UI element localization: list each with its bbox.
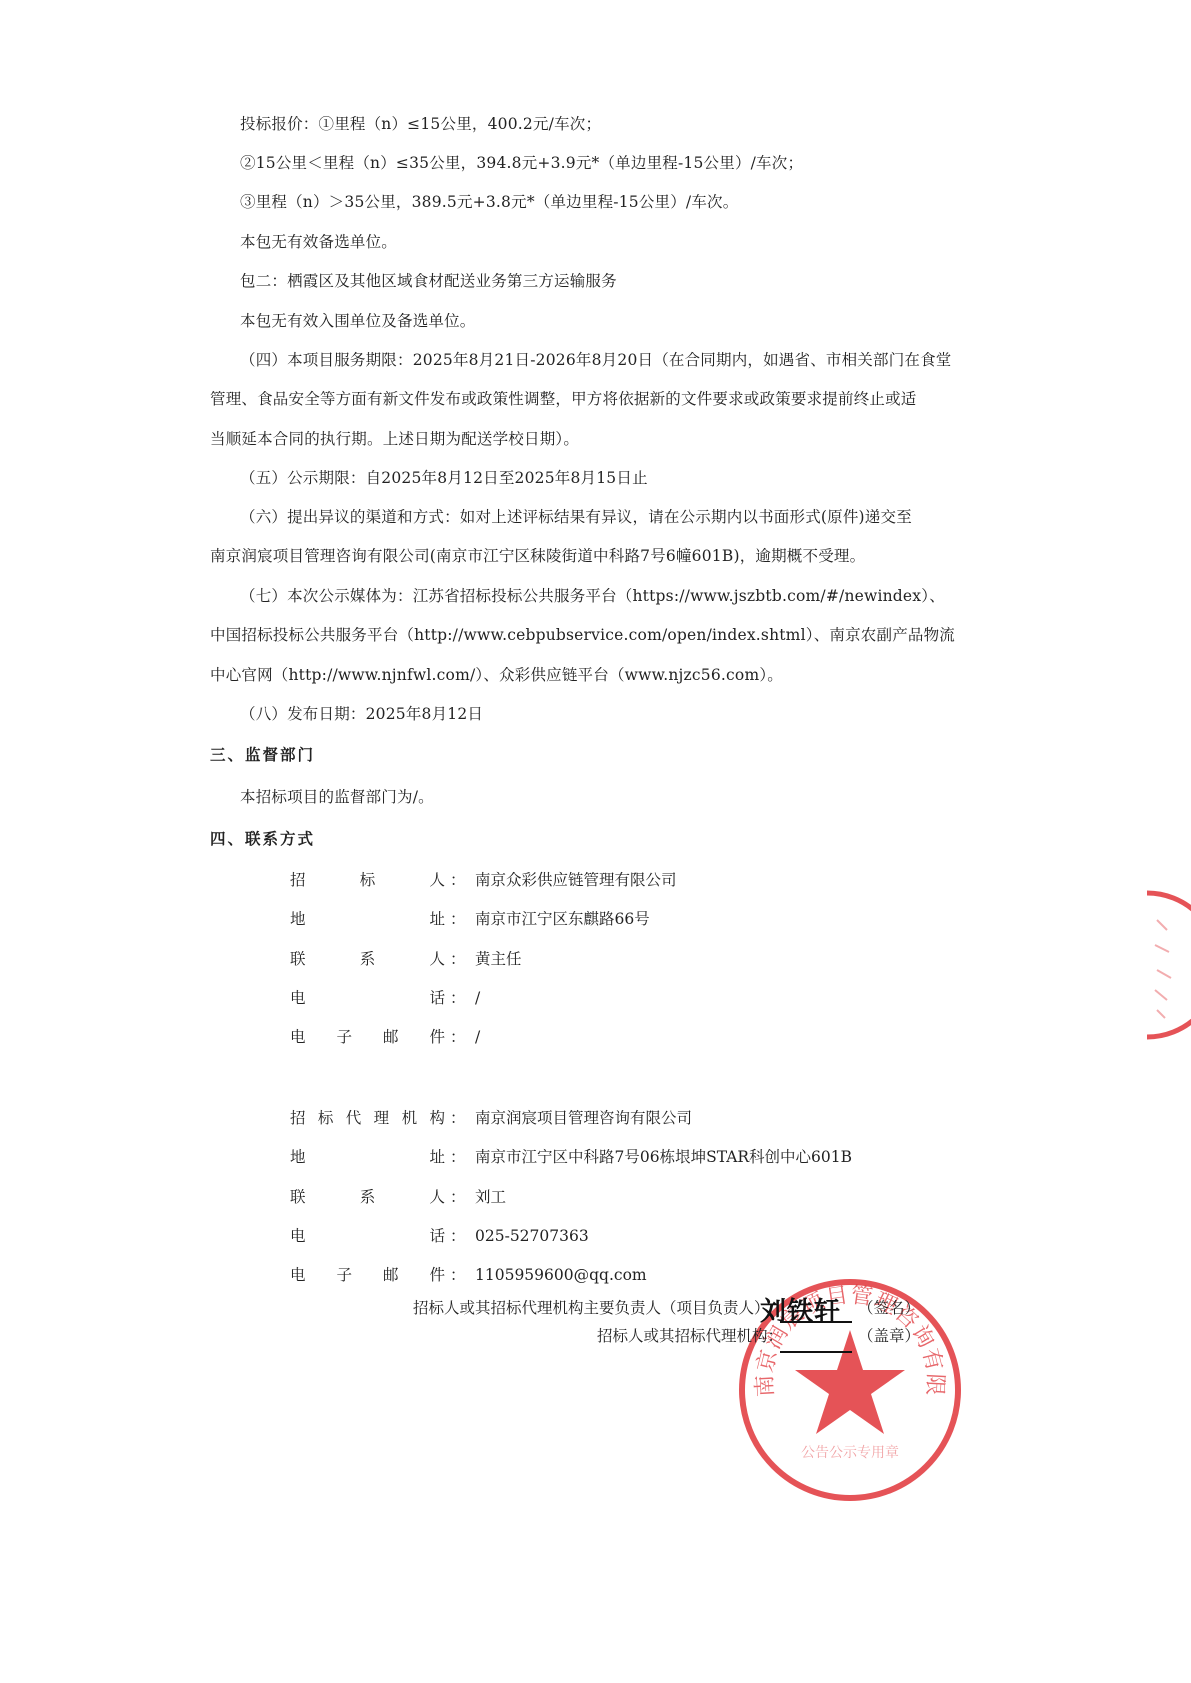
tenderer-email-row: 电 子 邮 件 ： /: [290, 1027, 990, 1047]
item6-line-1: （六）提出异议的渠道和方式：如对上述评标结果有异议，请在公示期内以书面形式(原件…: [240, 507, 912, 527]
item7-line-2: 中国招标投标公共服务平台（http://www.cebpubservice.co…: [210, 625, 955, 645]
agency-phone-row: 电 话 ： 025-52707363: [290, 1226, 990, 1246]
bid-quote-line-1: 投标报价：①里程（n）≤15公里，400.2元/车次；: [240, 114, 601, 134]
tenderer-phone: /: [475, 988, 480, 1008]
agency-address: 南京市江宁区中科路7号06栋垠坤STAR科创中心601B: [475, 1147, 852, 1167]
section3-heading: 三、监督部门: [210, 745, 315, 765]
section4-heading: 四、联系方式: [210, 829, 315, 849]
item4-line-3: 当顺延本合同的执行期。上述日期为配送学校日期）。: [210, 429, 579, 449]
tenderer-address: 南京市江宁区东麒路66号: [475, 909, 650, 929]
tenderer-name: 南京众彩供应链管理有限公司: [475, 870, 677, 890]
svg-text:公告公示专用章: 公告公示专用章: [801, 1444, 899, 1461]
tenderer-name-row: 招 标 人 ： 南京众彩供应链管理有限公司: [290, 870, 990, 890]
agency-contact-row: 联 系 人 ： 刘工: [290, 1187, 990, 1207]
agency-email: 1105959600@qq.com: [475, 1265, 647, 1285]
item4-line-2: 管理、食品安全等方面有新文件发布或政策性调整，甲方将依据新的文件要求或政策要求提…: [210, 389, 917, 409]
item4-line-1: （四）本项目服务期限：2025年8月21日-2026年8月20日（在合同期内，如…: [240, 350, 952, 370]
tenderer-phone-row: 电 话 ： /: [290, 988, 990, 1008]
agency-seal-label: 招标人或其招标代理机构：: [597, 1326, 783, 1346]
seal-suffix: （盖章）: [858, 1326, 920, 1346]
bid-quote-line-2: ②15公里＜里程（n）≤35公里，394.8元+3.9元*（单边里程-15公里）…: [240, 153, 803, 173]
document-page: 投标报价：①里程（n）≤15公里，400.2元/车次； ②15公里＜里程（n）≤…: [0, 0, 1191, 1683]
bid-quote-line-3: ③里程（n）＞35公里，389.5元+3.8元*（单边里程-15公里）/车次。: [240, 192, 738, 212]
package2-title: 包二：栖霞区及其他区域食材配送业务第三方运输服务: [240, 271, 617, 291]
agency-address-row: 地 址 ： 南京市江宁区中科路7号06栋垠坤STAR科创中心601B: [290, 1147, 990, 1167]
sign-suffix: （签名）: [858, 1298, 920, 1318]
agency-phone: 025-52707363: [475, 1226, 589, 1246]
principal-sign-label: 招标人或其招标代理机构主要负责人（项目负责人）: [413, 1298, 770, 1318]
item5-publicity-period: （五）公示期限：自2025年8月12日至2025年8月15日止: [240, 468, 648, 488]
agency-name: 南京润宸项目管理咨询有限公司: [475, 1108, 692, 1128]
tenderer-contact-person: 黄主任: [475, 949, 522, 969]
item6-line-2: 南京润宸项目管理咨询有限公司(南京市江宁区秣陵街道中科路7号6幢601B)，逾期…: [210, 546, 865, 566]
section3-body: 本招标项目的监督部门为/。: [240, 787, 434, 807]
package2-note: 本包无有效入围单位及备选单位。: [240, 311, 476, 331]
tenderer-contact-row: 联 系 人 ： 黄主任: [290, 949, 990, 969]
item7-line-3: 中心官网（http://www.njnfwl.com/）、众彩供应链平台（www…: [210, 665, 783, 685]
tenderer-email: /: [475, 1027, 480, 1047]
item7-line-1: （七）本次公示媒体为：江苏省招标投标公共服务平台（https://www.jsz…: [240, 586, 945, 606]
agency-name-row: 招 标 代 理 机 构 ： 南京润宸项目管理咨询有限公司: [290, 1108, 990, 1128]
item8-publish-date: （八）发布日期：2025年8月12日: [240, 704, 483, 724]
agency-email-row: 电 子 邮 件 ： 1105959600@qq.com: [290, 1265, 990, 1285]
half-seal-icon: [1145, 890, 1191, 1040]
tenderer-address-row: 地 址 ： 南京市江宁区东麒路66号: [290, 909, 990, 929]
signature-underline: [780, 1321, 852, 1323]
agency-contact-person: 刘工: [475, 1187, 506, 1207]
seal-underline: [780, 1351, 852, 1353]
package1-note: 本包无有效备选单位。: [240, 232, 397, 252]
